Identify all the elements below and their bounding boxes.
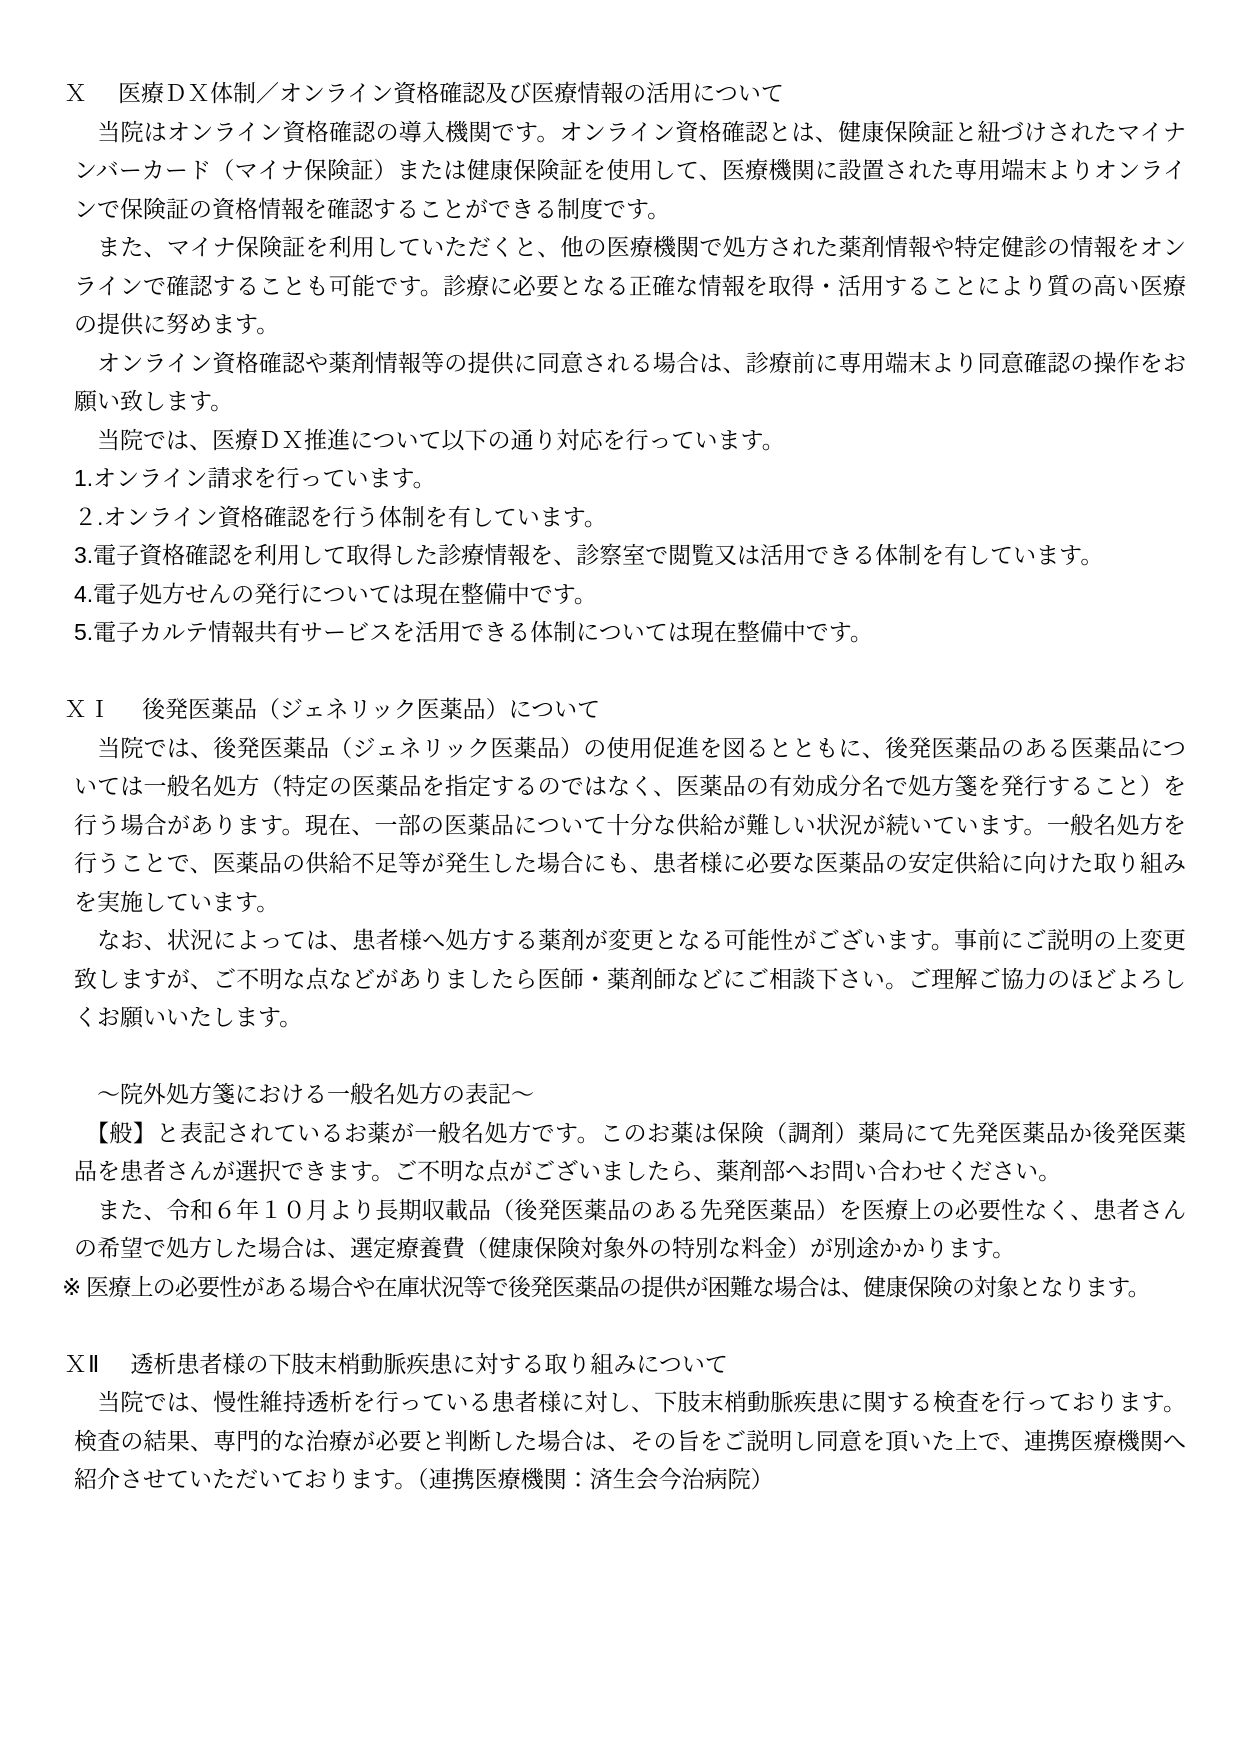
section-title: 医療ＤＸ体制／オンライン資格確認及び医療情報の活用について xyxy=(118,74,784,113)
paragraph: 当院では、慢性維持透析を行っている患者様に対し、下肢末梢動脈疾患に関する検査を行… xyxy=(74,1383,1186,1499)
section-number: Ｘ xyxy=(64,74,88,113)
section-heading: ＸＩ 後発医薬品（ジェネリック医薬品）について xyxy=(64,690,1186,729)
section-number: ＸⅡ xyxy=(64,1345,100,1384)
list-item: 1.オンライン請求を行っています。 xyxy=(74,459,1186,498)
paragraph: なお、状況によっては、患者様へ処方する薬剤が変更となる可能性がございます。事前に… xyxy=(74,921,1186,1037)
paragraph: また、マイナ保険証を利用していただくと、他の医療機関で処方された薬剤情報や特定健… xyxy=(74,228,1186,344)
list-item: 4.電子処方せんの発行については現在整備中です。 xyxy=(74,575,1186,614)
note-line: ※ 医療上の必要性がある場合や在庫状況等で後発医薬品の提供が困難な場合は、健康保… xyxy=(62,1268,1186,1307)
paragraph: オンライン資格確認や薬剤情報等の提供に同意される場合は、診療前に専用端末より同意… xyxy=(74,344,1186,421)
section-number: ＸＩ xyxy=(64,690,112,729)
paragraph: 当院では、医療ＤＸ推進について以下の通り対応を行っています。 xyxy=(74,421,1186,460)
section-heading: ＸⅡ 透析患者様の下肢末梢動脈疾患に対する取り組みについて xyxy=(64,1345,1186,1384)
sub-heading: ～院外処方箋における一般名処方の表記～ xyxy=(74,1075,1186,1114)
paragraph: 【般】と表記されているお薬が一般名処方です。このお薬は保険（調剤）薬局にて先発医… xyxy=(74,1114,1186,1191)
list-item: 5.電子カルテ情報共有サービスを活用できる体制については現在整備中です。 xyxy=(74,613,1186,652)
page: Ｘ 医療ＤＸ体制／オンライン資格確認及び医療情報の活用について 当院はオンライン… xyxy=(0,0,1241,1755)
document-content: Ｘ 医療ＤＸ体制／オンライン資格確認及び医療情報の活用について 当院はオンライン… xyxy=(74,74,1186,1499)
section-title: 後発医薬品（ジェネリック医薬品）について xyxy=(142,690,600,729)
dx-measures-list: 1.オンライン請求を行っています。 ２.オンライン資格確認を行う体制を有していま… xyxy=(74,459,1186,652)
paragraph: また、令和６年１０月より長期収載品（後発医薬品のある先発医薬品）を医療上の必要性… xyxy=(74,1191,1186,1268)
section-generic-drugs: ＸＩ 後発医薬品（ジェネリック医薬品）について 当院では、後発医薬品（ジェネリッ… xyxy=(74,690,1186,1306)
list-item: ２.オンライン資格確認を行う体制を有しています。 xyxy=(74,498,1186,537)
section-heading: Ｘ 医療ＤＸ体制／オンライン資格確認及び医療情報の活用について xyxy=(64,74,1186,113)
paragraph: 当院では、後発医薬品（ジェネリック医薬品）の使用促進を図るとともに、後発医薬品の… xyxy=(74,729,1186,922)
section-title: 透析患者様の下肢末梢動脈疾患に対する取り組みについて xyxy=(130,1345,728,1384)
section-medical-dx: Ｘ 医療ＤＸ体制／オンライン資格確認及び医療情報の活用について 当院はオンライン… xyxy=(74,74,1186,652)
paragraph: 当院はオンライン資格確認の導入機関です。オンライン資格確認とは、健康保険証と紐づ… xyxy=(74,113,1186,229)
section-dialysis-patients: ＸⅡ 透析患者様の下肢末梢動脈疾患に対する取り組みについて 当院では、慢性維持透… xyxy=(74,1345,1186,1499)
list-item: 3.電子資格確認を利用して取得した診療情報を、診察室で閲覧又は活用できる体制を有… xyxy=(74,536,1186,575)
